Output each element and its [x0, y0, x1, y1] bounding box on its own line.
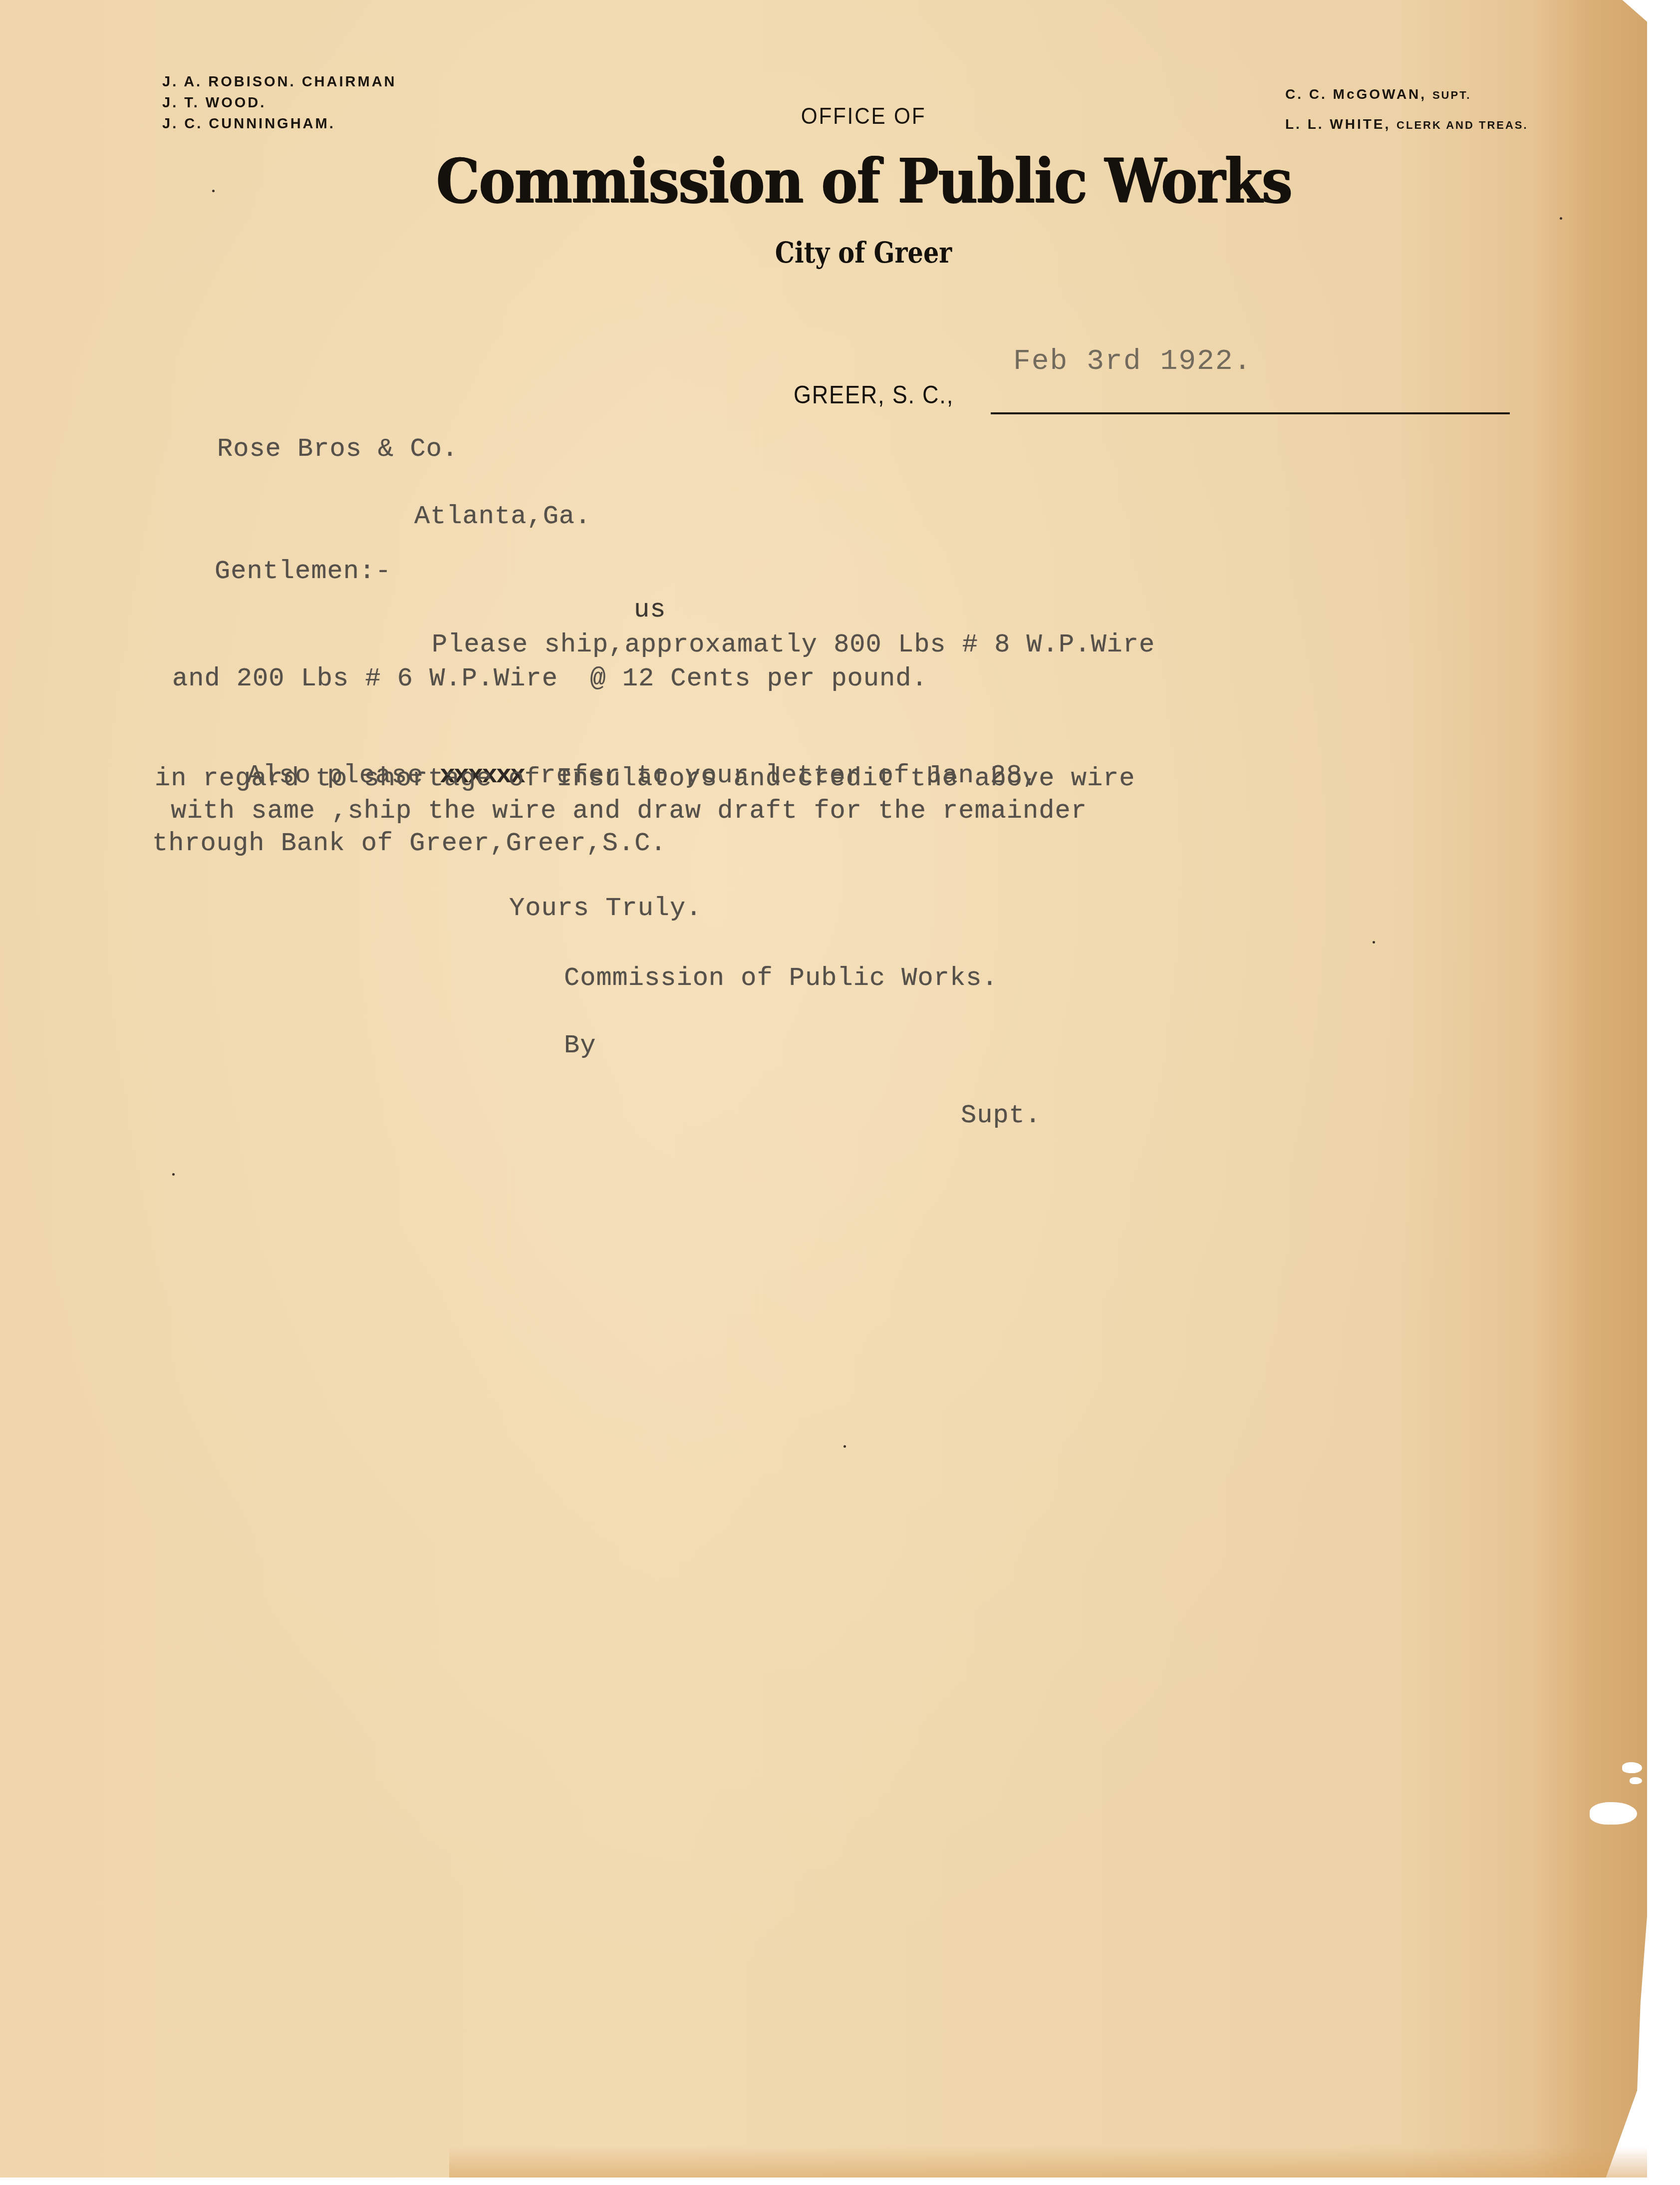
paper-hole: [1630, 1777, 1642, 1784]
signature-by: By: [564, 1031, 596, 1060]
paper-hole: [1622, 1762, 1642, 1773]
paragraph-2-line-3: with same ,ship the wire and draw draft …: [155, 796, 1087, 826]
recipient-city: Atlanta,Ga.: [414, 502, 591, 531]
recipient-name: Rose Bros & Co.: [217, 434, 458, 464]
paper-stain: [449, 2147, 1647, 2178]
date-rule-line: [991, 412, 1510, 414]
office-of-label: OFFICE OF: [69, 102, 1658, 129]
paper-hole: [1590, 1802, 1637, 1825]
letter-date: Feb 3rd 1922.: [1013, 345, 1252, 378]
paper-speck: [1373, 941, 1375, 943]
salutation: Gentlemen:-: [215, 557, 391, 586]
paragraph-1-line-1: Please ship,approxamatly 800 Lbs # 8 W.P…: [432, 630, 1155, 659]
closing: Yours Truly.: [509, 894, 702, 923]
letterhead-place: GREER, S. C.,: [794, 380, 954, 409]
letter-paper: [0, 0, 1647, 2178]
paper-speck: [843, 1445, 846, 1448]
paragraph-2-line-2: in regard to shortage of Insulators and …: [155, 764, 1135, 793]
letterhead-subtitle: City of Greer: [130, 236, 1598, 270]
officer-role: SUPT.: [1432, 89, 1471, 101]
insertion-above: us: [634, 595, 666, 624]
officer-name: C. C. McGOWAN,: [1285, 86, 1426, 102]
paper-speck: [212, 190, 215, 192]
letterhead-title: Commission of Public Works: [86, 145, 1641, 217]
paragraph-2-line-4: through Bank of Greer,Greer,S.C.: [152, 829, 667, 858]
paper-speck: [1560, 217, 1562, 220]
signature-organization: Commission of Public Works.: [564, 963, 998, 993]
signature-title: Supt.: [961, 1101, 1041, 1130]
officer-chairman: J. A. ROBISON. CHAIRMAN: [162, 71, 397, 92]
paragraph-1-line-2: and 200 Lbs # 6 W.P.Wire @ 12 Cents per …: [172, 664, 928, 693]
paper-speck: [172, 1173, 175, 1176]
